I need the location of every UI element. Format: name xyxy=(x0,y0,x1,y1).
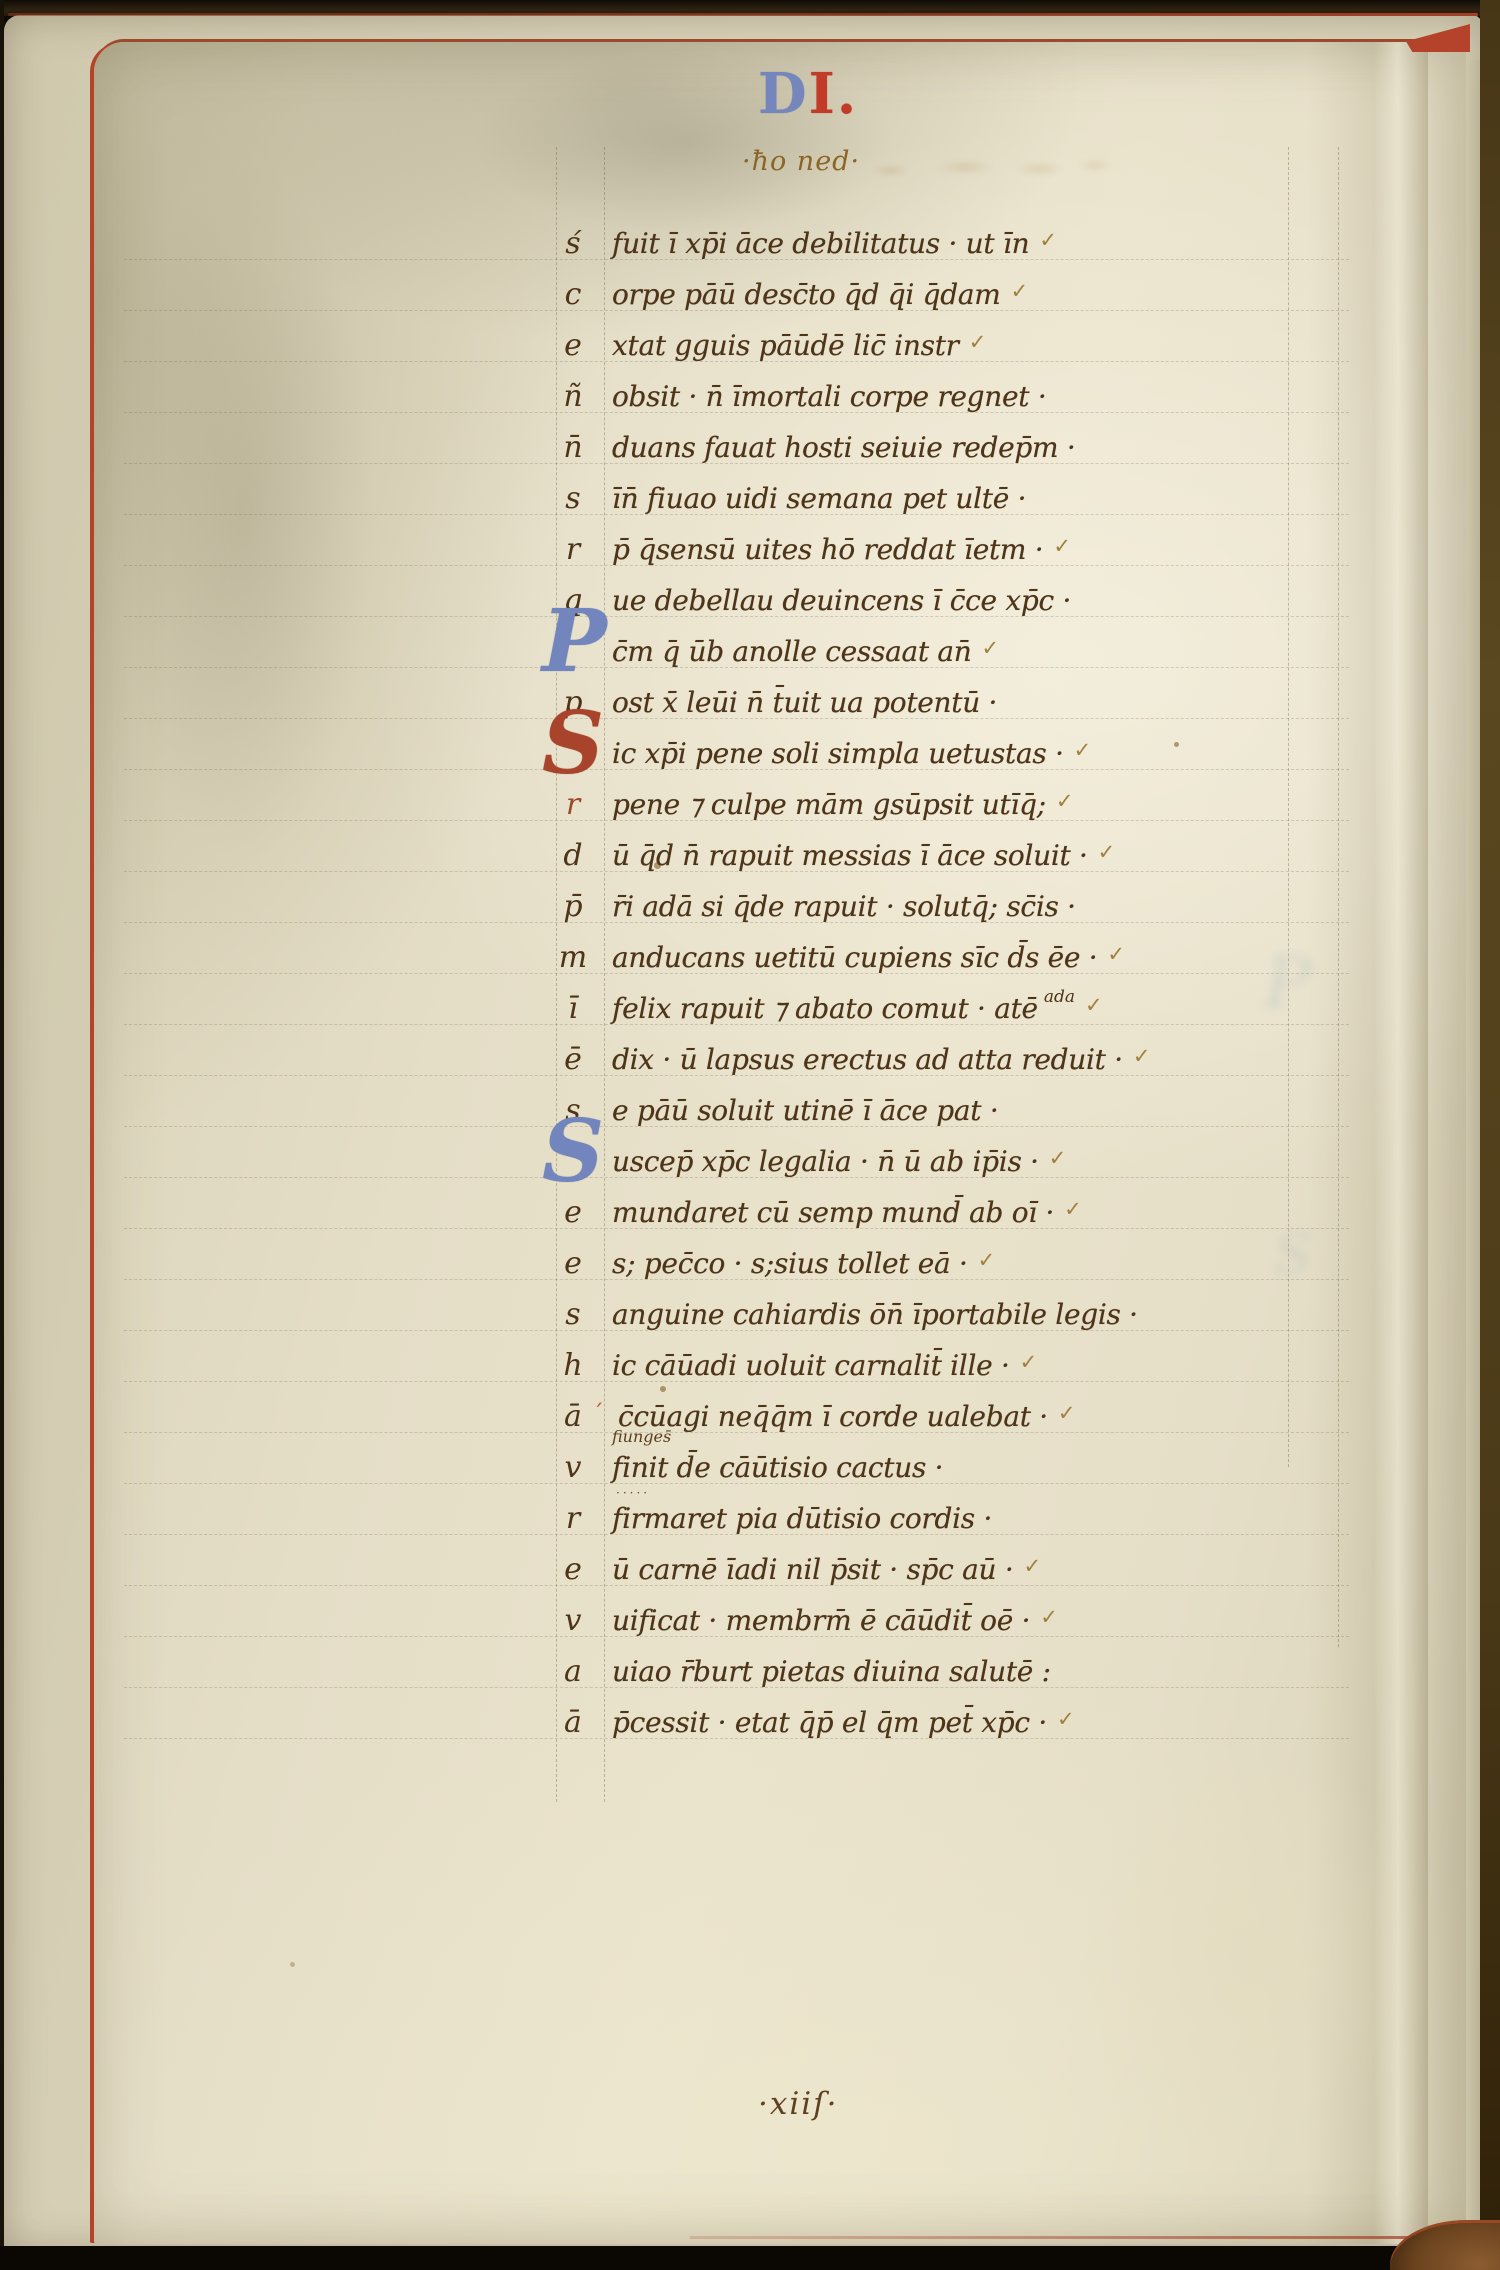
manuscript-line: eū carnē īadi nil p̄sit · sp̄c aū ·✓ xyxy=(546,1545,1041,1597)
gold-check-mark: ✓ xyxy=(1057,1694,1075,1744)
verse-text: ic cāūadi uoluit carnalit̄ ille · xyxy=(612,1341,1010,1391)
verse-text: uificat · membrm̄ ē cāūdit̄ oē · xyxy=(612,1596,1030,1646)
margin-letter: ś xyxy=(546,219,600,269)
gold-check-mark: ✓ xyxy=(1107,929,1125,979)
ink-speck xyxy=(1174,742,1179,747)
running-title: ·ħo ned· xyxy=(742,146,860,177)
gold-check-mark: ✓ xyxy=(1085,980,1103,1030)
verse-text: xtat gguis pāūdē lic̄ instr xyxy=(612,321,959,371)
manuscript-line: auiao r̄burt pietas diuina salutē : xyxy=(546,1647,1051,1699)
verse-text: r̄i adā si q̄de rapuit · solutq̄; sc̄is … xyxy=(612,882,1076,932)
verse-text: ue debellau deuincens ī c̄ce xp̄c · xyxy=(612,576,1071,626)
margin-letter: ā xyxy=(546,1698,600,1748)
margin-letter: ī xyxy=(546,984,600,1034)
manuscript-line: rfirmaret pia dūtisio cordis · xyxy=(546,1494,992,1546)
manuscript-line: emundaret cū semp mund̄ ab oī ·✓ xyxy=(546,1188,1082,1240)
show-through-initial-ghost: S xyxy=(1274,1222,1312,1287)
verse-text: ū q̄d n̄ rapuit messias ī āce soluit · xyxy=(612,831,1088,881)
red-stained-bottom-edge xyxy=(690,2236,1430,2239)
margin-letter: e xyxy=(546,1188,600,1238)
manuscript-line: corpe pāū desc̄to q̄d q̄i q̄dam✓ xyxy=(546,270,1028,322)
red-stained-top-edge xyxy=(8,13,1478,16)
margin-letter: n̄ xyxy=(546,423,600,473)
margin-letter: c xyxy=(546,270,600,320)
margin-letter: v xyxy=(546,1596,600,1646)
margin-letter: d xyxy=(546,831,600,881)
quire-numeral-red: I. xyxy=(809,61,859,127)
manuscript-line: sīn̄ fiuao uidi semana pet ultē · xyxy=(546,474,1026,526)
gold-check-mark: ✓ xyxy=(1020,1337,1038,1387)
ink-offset-ghost xyxy=(860,150,1110,184)
verse-text: e pāū soluit utinē ī āce pat · xyxy=(612,1086,998,1136)
gold-check-mark: ✓ xyxy=(1056,776,1074,826)
verse-text: p̄cessit · etat q̄p̄ el q̄m pet̄ xp̄c · xyxy=(612,1698,1047,1748)
margin-letter: r xyxy=(546,525,600,575)
manuscript-line: rp̄ q̄sensū uites hō reddat īetm ·✓ xyxy=(546,525,1071,577)
gold-check-mark: ✓ xyxy=(969,317,987,367)
manuscript-line: āp̄cessit · etat q̄p̄ el q̄m pet̄ xp̄c ·… xyxy=(546,1698,1075,1750)
parchment-stain xyxy=(114,162,374,862)
quire-numeral-blue: D xyxy=(758,61,809,127)
vertical-rule-line xyxy=(1288,147,1289,1467)
margin-letter: P xyxy=(546,627,600,677)
gold-check-mark: ✓ xyxy=(1098,827,1116,877)
margin-letter: s xyxy=(546,474,600,524)
verse-text: obsit · n̄ īmortali corpe regnet · xyxy=(612,372,1046,422)
red-caret-mark: ´ xyxy=(592,1389,604,1439)
manuscript-line: p̄r̄i adā si q̄de rapuit · solutq̄; sc̄i… xyxy=(546,882,1076,934)
margin-letter: S xyxy=(546,729,600,779)
verse-text: c̄cūagi neq̄q̄m ī corde ualebat · xyxy=(618,1392,1048,1442)
margin-letter: e xyxy=(546,1239,600,1289)
manuscript-line: extat gguis pāūdē lic̄ instr✓ xyxy=(546,321,986,373)
manuscript-line: Pc̄m q̄ ūb anolle cessaat an̄✓ xyxy=(546,627,999,679)
catchword: ·xiiſ· xyxy=(758,2086,839,2122)
gold-check-mark: ✓ xyxy=(1039,215,1057,265)
verse-text: anguine cahiardis ōn̄ īportabile legis · xyxy=(612,1290,1138,1340)
verse-text: c̄m q̄ ūb anolle cessaat an̄ xyxy=(612,627,972,677)
gold-check-mark: ✓ xyxy=(1064,1184,1082,1234)
margin-letter: S xyxy=(546,1137,600,1187)
verse-text: ū carnē īadi nil p̄sit · sp̄c aū · xyxy=(612,1545,1013,1595)
verse-text: fuit ī xp̄i āce debilitatus · ut īn xyxy=(612,219,1029,269)
margin-letter: e xyxy=(546,321,600,371)
gold-check-mark: ✓ xyxy=(1053,521,1071,571)
verse-text: felix rapuit ⁊ abato comut · atē xyxy=(612,984,1038,1034)
verse-text: pene ⁊ culpe mām gsūpsit utīq̄; xyxy=(612,780,1046,830)
verse-text: finit d̄e cāūtisio cactus · xyxy=(612,1443,943,1493)
verse-text: īn̄ fiuao uidi semana pet ultē · xyxy=(612,474,1026,524)
gold-check-mark: ✓ xyxy=(1023,1541,1041,1591)
gold-check-mark: ✓ xyxy=(1058,1388,1076,1438)
verse-text: duans fauat hosti seiuie redep̄m · xyxy=(612,423,1075,473)
manuscript-line: vuificat · membrm̄ ē cāūdit̄ oē ·✓ xyxy=(546,1596,1058,1648)
manuscript-line: sanguine cahiardis ōn̄ īportabile legis … xyxy=(546,1290,1138,1342)
margin-letter: r xyxy=(546,1494,600,1544)
margin-letter: s xyxy=(546,1290,600,1340)
verse-text: ic xp̄i pene soli simpla uetustas · xyxy=(612,729,1064,779)
verse-text: p̄ q̄sensū uites hō reddat īetm · xyxy=(612,525,1043,575)
manuscript-line: Suscep̄ xp̄c legalia · n̄ ū ab ip̄is ·✓ xyxy=(546,1137,1066,1189)
verse-text: firmaret pia dūtisio cordis · xyxy=(612,1494,992,1544)
margin-letter: p̄ xyxy=(546,882,600,932)
verse-text: orpe pāū desc̄to q̄d q̄i q̄dam xyxy=(612,270,1001,320)
manuscript-line: se pāū soluit utinē ī āce pat · xyxy=(546,1086,998,1138)
verse-text: mundaret cū semp mund̄ ab oī · xyxy=(612,1188,1054,1238)
manuscript-line: hic cāūadi uoluit carnalit̄ ille ·✓ xyxy=(546,1341,1037,1393)
manuscript-line: ēdix · ū lapsus erectus ad atta reduit ·… xyxy=(546,1035,1150,1087)
verse-text: uscep̄ xp̄c legalia · n̄ ū ab ip̄is · xyxy=(612,1137,1039,1187)
manuscript-line: vfinit d̄e cāūtisio cactus ·fiunges̄····… xyxy=(546,1443,943,1495)
verse-text: s; pec̄co · s;sius tollet eā · xyxy=(612,1239,968,1289)
manuscript-line: que debellau deuincens ī c̄ce xp̄c · xyxy=(546,576,1071,628)
verse-text: dix · ū lapsus erectus ad atta reduit · xyxy=(612,1035,1123,1085)
manuscript-line: śfuit ī xp̄i āce debilitatus · ut īn✓ xyxy=(546,219,1057,271)
margin-letter: h xyxy=(546,1341,600,1391)
margin-letter: ē xyxy=(546,1035,600,1085)
manuscript-line: manducans uetitū cupiens sīc d̄s ēe ·✓ xyxy=(546,933,1125,985)
margin-letter: r xyxy=(546,780,600,830)
manuscript-line: post x̄ leūi n̄ t̄uit ua potentū · xyxy=(546,678,997,730)
interlinear-correction: ada xyxy=(1044,972,1075,1022)
margin-letter: v xyxy=(546,1443,600,1493)
margin-letter: ñ xyxy=(546,372,600,422)
margin-letter: a xyxy=(546,1647,600,1697)
quire-numeral: DI. xyxy=(758,66,858,122)
gold-check-mark: ✓ xyxy=(1049,1133,1067,1183)
manuscript-line: dū q̄d n̄ rapuit messias ī āce soluit ·✓ xyxy=(546,831,1115,883)
verse-text: anducans uetitū cupiens sīc d̄s ēe · xyxy=(612,933,1097,983)
verse-text: ost x̄ leūi n̄ t̄uit ua potentū · xyxy=(612,678,997,728)
manuscript-line: Sic xp̄i pene soli simpla uetustas ·✓ xyxy=(546,729,1091,781)
manuscript-line: es; pec̄co · s;sius tollet eā ·✓ xyxy=(546,1239,995,1291)
gold-check-mark: ✓ xyxy=(1074,725,1092,775)
interlinear-note: fiunges̄ xyxy=(612,1429,671,1445)
gold-check-mark: ✓ xyxy=(1133,1031,1151,1081)
margin-letter: e xyxy=(546,1545,600,1595)
binding-right-edge xyxy=(1480,0,1500,2270)
ink-speck xyxy=(290,1962,295,1967)
manuscript-line: ñobsit · n̄ īmortali corpe regnet · xyxy=(546,372,1046,424)
gold-check-mark: ✓ xyxy=(1040,1592,1058,1642)
vertical-rule-line xyxy=(1338,147,1339,1647)
gold-check-mark: ✓ xyxy=(982,623,1000,673)
page-curl-shading xyxy=(1308,42,1428,2244)
manuscript-line: n̄duans fauat hosti seiuie redep̄m · xyxy=(546,423,1075,475)
margin-letter: m xyxy=(546,933,600,983)
manuscript-photograph: P S DI. ·ħo ned· śfuit ī xp̄i āce debili… xyxy=(0,0,1500,2270)
manuscript-line: īfelix rapuit ⁊ abato comut · atēada✓ xyxy=(546,984,1103,1036)
gold-check-mark: ✓ xyxy=(978,1235,996,1285)
verse-text: uiao r̄burt pietas diuina salutē : xyxy=(612,1647,1051,1697)
manuscript-line: rpene ⁊ culpe mām gsūpsit utīq̄;✓ xyxy=(546,780,1074,832)
gold-check-mark: ✓ xyxy=(1011,266,1029,316)
manuscript-page: P S DI. ·ħo ned· śfuit ī xp̄i āce debili… xyxy=(94,42,1466,2244)
photo-bottom-edge xyxy=(0,2246,1500,2270)
